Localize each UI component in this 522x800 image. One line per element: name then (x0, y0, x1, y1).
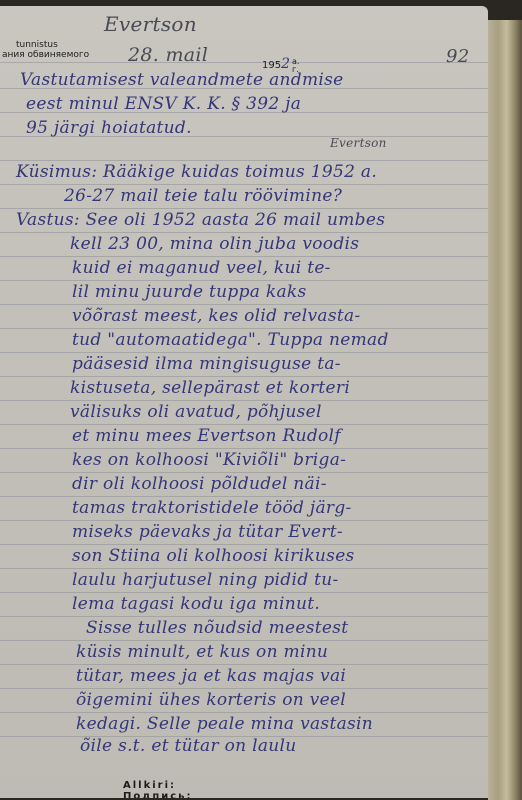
ruled-line (0, 544, 488, 545)
text-line: eest minul ENSV K. K. § 392 ja (26, 94, 301, 114)
header-label-russian: ания обвиняемого (2, 50, 89, 60)
ruled-line (0, 376, 488, 377)
ruled-line (0, 400, 488, 401)
document-page: tunnistus ания обвиняемого 1952 a. г. Ev… (0, 6, 488, 798)
ruled-line (0, 232, 488, 233)
text-line: tamas traktoristidele tööd järg- (72, 498, 352, 518)
ruled-line (0, 664, 488, 665)
text-line: et minu mees Evertson Rudolf (72, 426, 341, 446)
text-line: kistuseta, sellepärast et korteri (70, 378, 350, 398)
ruled-line (0, 520, 488, 521)
ruled-line (0, 62, 488, 63)
ruled-line (0, 568, 488, 569)
answer-line: Vastus: See oli 1952 aasta 26 mail umbes (16, 210, 385, 230)
ruled-line (0, 184, 488, 185)
ruled-line (0, 304, 488, 305)
ruled-line (0, 352, 488, 353)
text-line: lema tagasi kodu iga minut. (72, 594, 320, 614)
text-line: tütar, mees ja et kas majas vai (76, 666, 346, 686)
text-line: õigemini ühes korteris on veel (76, 690, 346, 710)
signature-label-estonian: Allkiri: (123, 780, 192, 791)
ruled-line (0, 616, 488, 617)
book-page-edges (488, 20, 522, 800)
text-line: pääsesid ilma mingisuguse ta- (72, 354, 341, 374)
text-line: 26-27 mail teie talu röövimine? (64, 186, 342, 206)
text-line: kes on kolhoosi "Kiviõli" briga- (72, 450, 346, 470)
signature-label: Allkiri: Подпись: (123, 780, 192, 798)
text-line: miseks päevaks ja tütar Evert- (72, 522, 343, 542)
text-line: kell 23 00, mina olin juba voodis (70, 234, 359, 254)
signature-label-russian: Подпись: (123, 791, 192, 798)
text-line: kuid ei maganud veel, kui te- (72, 258, 331, 278)
text-line: dir oli kolhoosi põldudel näi- (72, 474, 327, 494)
ruled-line (0, 496, 488, 497)
ruled-line (0, 688, 488, 689)
text-line: 95 järgi hoiatatud. (26, 118, 192, 138)
signature-inline: Evertson (330, 136, 387, 150)
ruled-line (0, 160, 488, 161)
text-line: Vastutamisest valeandmete andmise (20, 70, 344, 90)
ruled-line (0, 424, 488, 425)
page-number: 92 (446, 46, 470, 67)
text-line: lil minu juurde tuppa kaks (72, 282, 307, 302)
ruled-line (0, 208, 488, 209)
ruled-line (0, 280, 488, 281)
date-heading: 28. mail (128, 44, 208, 66)
ruled-line (0, 712, 488, 713)
ruled-line (0, 472, 488, 473)
text-line: kedagi. Selle peale mina vastasin (76, 714, 373, 734)
text-line: õile s.t. et tütar on laulu (80, 736, 297, 756)
text-line: laulu harjutusel ning pidid tu- (72, 570, 339, 590)
surname-heading: Evertson (104, 12, 197, 36)
text-line: Sisse tulles nõudsid meestest (86, 618, 348, 638)
ruled-line (0, 328, 488, 329)
text-line: tud "automaatidega". Tuppa nemad (72, 330, 389, 350)
text-line: son Stiina oli kolhoosi kirikuses (72, 546, 355, 566)
ruled-line (0, 448, 488, 449)
ruled-line (0, 640, 488, 641)
printed-header: tunnistus ания обвиняемого (2, 40, 89, 60)
header-label-estonian: tunnistus (2, 40, 89, 50)
ruled-line (0, 592, 488, 593)
question-line: Küsimus: Rääkige kuidas toimus 1952 a. (16, 162, 377, 182)
ruled-line (0, 256, 488, 257)
text-line: välisuks oli avatud, põhjusel (70, 402, 322, 422)
text-line: võõrast meest, kes olid relvasta- (72, 306, 360, 326)
text-line: küsis minult, et kus on minu (76, 642, 328, 662)
